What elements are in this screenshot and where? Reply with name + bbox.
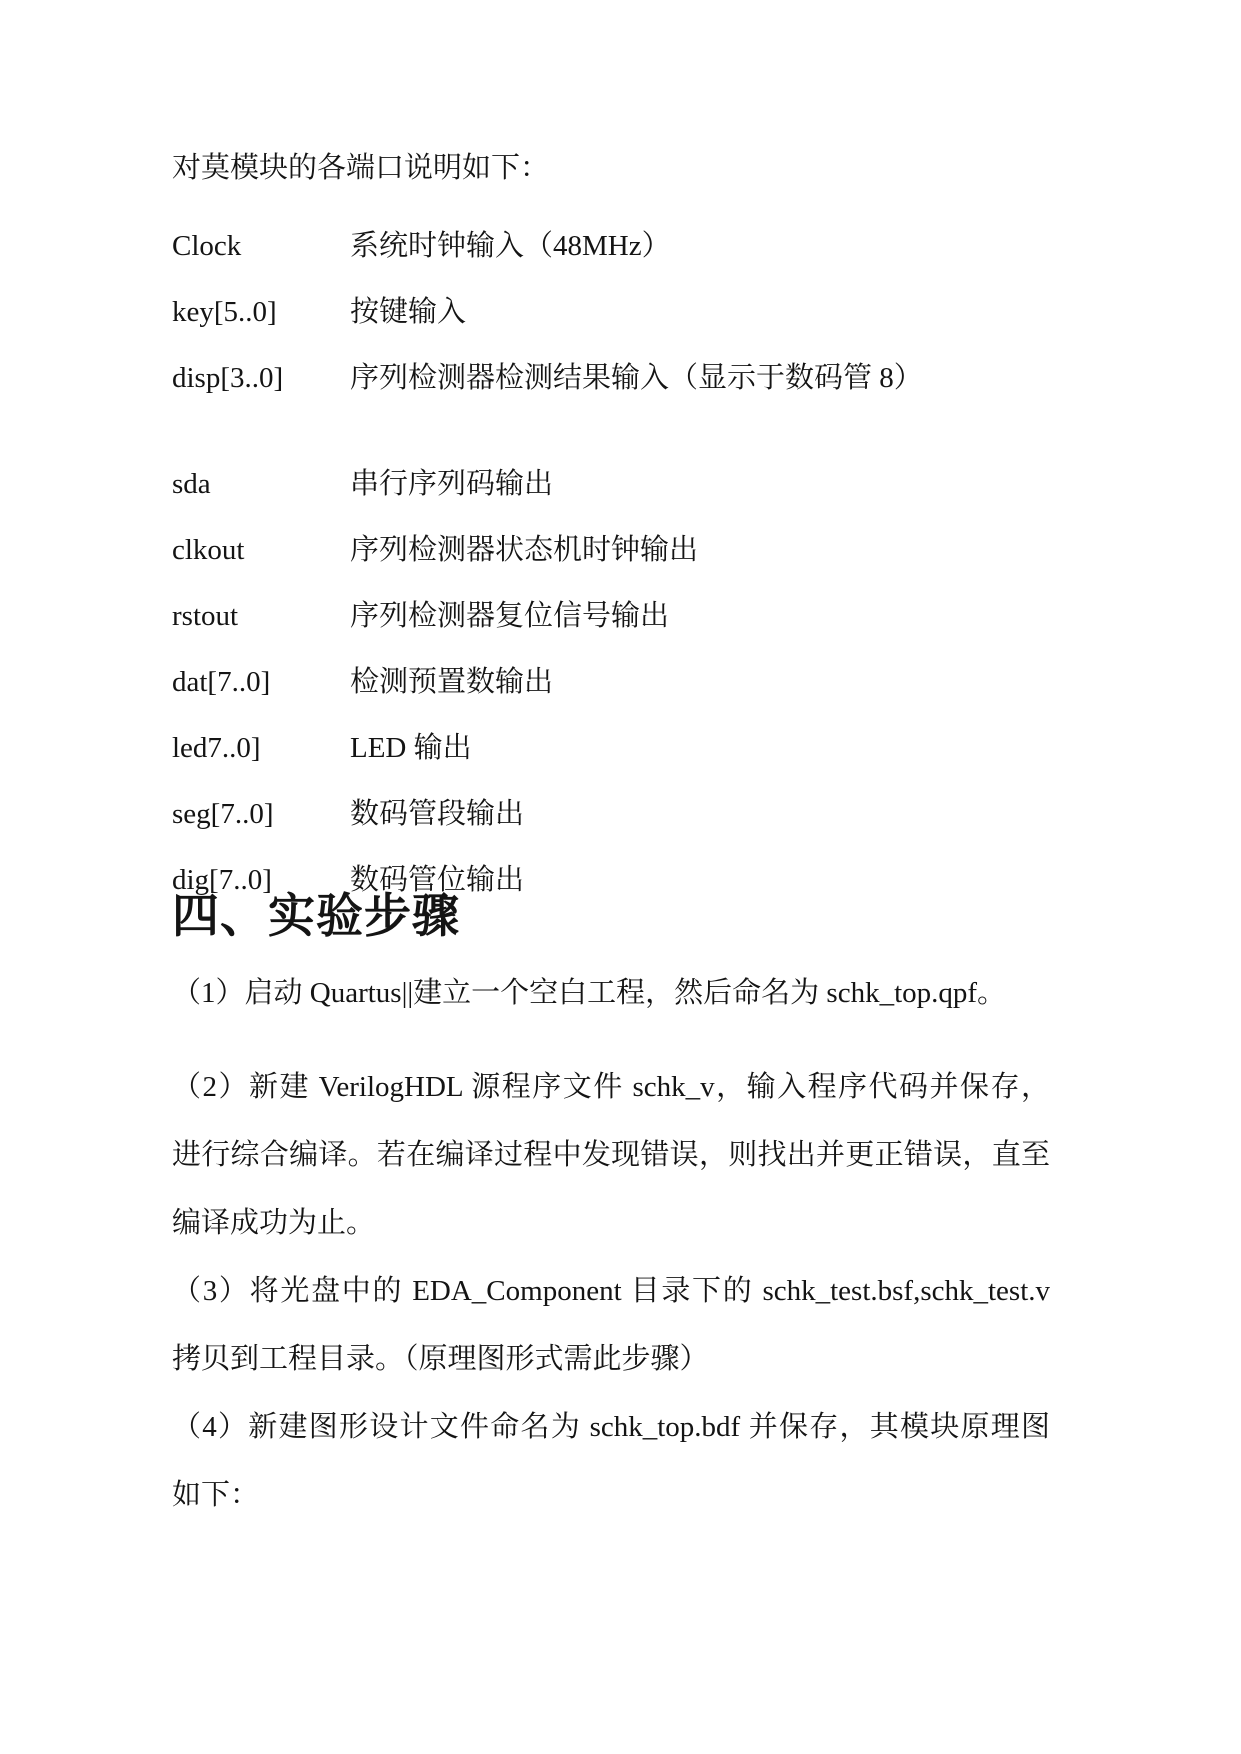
port-name: led7..0]: [172, 728, 350, 768]
port-desc: 数码管段输出: [350, 794, 524, 834]
port-name: clkout: [172, 530, 350, 570]
port-row-led: led7..0] LED 输出: [172, 728, 1050, 794]
port-name: sda: [172, 464, 350, 504]
port-row-sda: sda 串行序列码输出: [172, 464, 1050, 530]
port-row-disp: disp[3..0] 序列检测器检测结果输入（显示于数码管 8）: [172, 358, 1050, 424]
port-row-key: key[5..0] 按键输入: [172, 292, 1050, 358]
step-4-line-2: 如下：: [172, 1474, 1050, 1542]
step-3-line-1: （3）将光盘中的 EDA_Component 目录下的 schk_test.bs…: [172, 1270, 1050, 1338]
port-row-clkout: clkout 序列检测器状态机时钟输出: [172, 530, 1050, 596]
section-heading: 四、实验步骤: [172, 888, 460, 946]
port-desc: 按键输入: [350, 292, 466, 332]
step-2-line-3: 编译成功为止。: [172, 1202, 1050, 1270]
port-desc: LED 输出: [350, 728, 472, 768]
port-desc: 系统时钟输入（48MHz）: [350, 226, 671, 266]
port-name: rstout: [172, 596, 350, 636]
intro-line: 对莫模块的各端口说明如下：: [172, 148, 549, 188]
port-desc: 序列检测器复位信号输出: [350, 596, 669, 636]
step-3-line-2: 拷贝到工程目录。（原理图形式需此步骤）: [172, 1338, 1050, 1406]
port-name: dat[7..0]: [172, 662, 350, 702]
step-4-line-1: （4）新建图形设计文件命名为 schk_top.bdf 并保存，其模块原理图: [172, 1406, 1050, 1474]
port-row-dat: dat[7..0] 检测预置数输出: [172, 662, 1050, 728]
port-name: disp[3..0]: [172, 358, 350, 398]
port-desc: 序列检测器检测结果输入（显示于数码管 8）: [350, 358, 923, 398]
port-list: Clock 系统时钟输入（48MHz） key[5..0] 按键输入 disp[…: [172, 226, 1050, 926]
port-row-seg: seg[7..0] 数码管段输出: [172, 794, 1050, 860]
steps-section: （1）启动 Quartus||建立一个空白工程，然后命名为 schk_top.q…: [172, 972, 1050, 1542]
port-desc: 检测预置数输出: [350, 662, 553, 702]
port-row-rstout: rstout 序列检测器复位信号输出: [172, 596, 1050, 662]
step-2-line-2: 进行综合编译。若在编译过程中发现错误，则找出并更正错误，直至: [172, 1134, 1050, 1202]
document-page: 对莫模块的各端口说明如下： Clock 系统时钟输入（48MHz） key[5.…: [0, 0, 1241, 1754]
step-2-line-1: （2）新建 VerilogHDL 源程序文件 schk_v，输入程序代码并保存，: [172, 1066, 1050, 1134]
port-name: Clock: [172, 226, 350, 266]
port-name: seg[7..0]: [172, 794, 350, 834]
port-desc: 串行序列码输出: [350, 464, 553, 504]
port-desc: 序列检测器状态机时钟输出: [350, 530, 698, 570]
port-row-clock: Clock 系统时钟输入（48MHz）: [172, 226, 1050, 292]
port-name: key[5..0]: [172, 292, 350, 332]
step-1-line-1: （1）启动 Quartus||建立一个空白工程，然后命名为 schk_top.q…: [172, 972, 1050, 1040]
